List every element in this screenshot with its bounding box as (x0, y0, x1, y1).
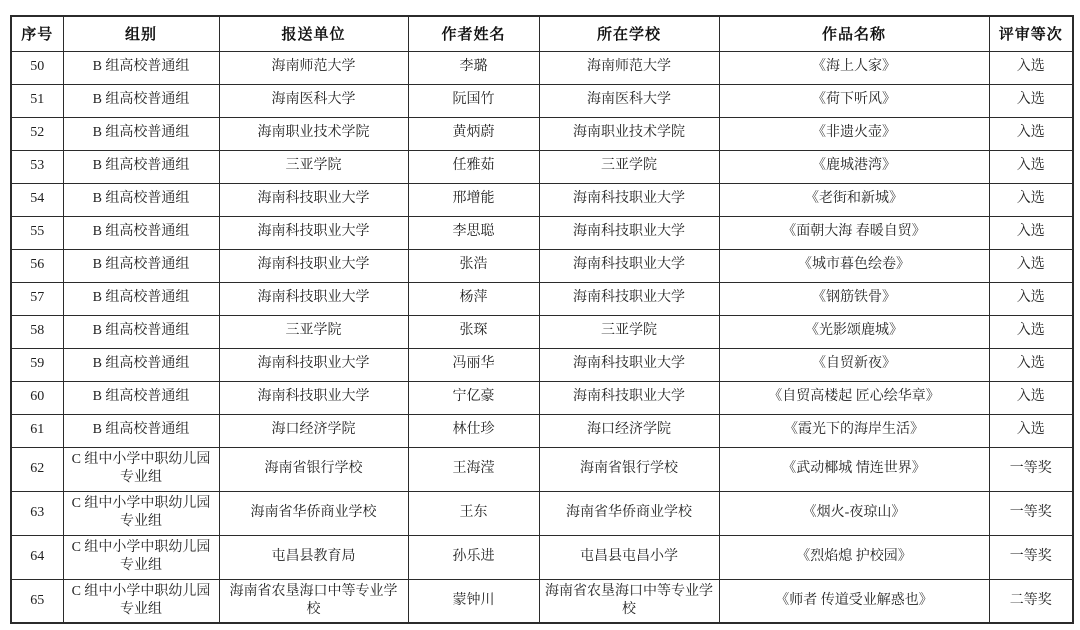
cell-school: 海南职业技术学院 (539, 117, 719, 150)
cell-grade: 一等奖 (989, 491, 1073, 535)
cell-serial: 64 (11, 535, 63, 579)
cell-unit: 海南科技职业大学 (219, 183, 408, 216)
cell-group: B 组高校普通组 (63, 150, 219, 183)
cell-school: 屯昌县屯昌小学 (539, 535, 719, 579)
cell-school: 海南科技职业大学 (539, 183, 719, 216)
cell-title: 《城市暮色绘卷》 (719, 249, 989, 282)
table-row: 64C 组中小学中职幼儿园专业组屯昌县教育局孙乐进屯昌县屯昌小学《烈焰熄 护校园… (11, 535, 1073, 579)
cell-serial: 51 (11, 84, 63, 117)
cell-author: 邢增能 (408, 183, 539, 216)
table-row: 65C 组中小学中职幼儿园专业组海南省农垦海口中等专业学校蒙钟川海南省农垦海口中… (11, 579, 1073, 623)
cell-title: 《武动椰城 情连世界》 (719, 447, 989, 491)
header-serial: 序号 (11, 16, 63, 51)
awards-results-table: 序号 组别 报送单位 作者姓名 所在学校 作品名称 评审等次 50B 组高校普通… (10, 15, 1074, 624)
table-row: 59B 组高校普通组海南科技职业大学冯丽华海南科技职业大学《自贸新夜》入选 (11, 348, 1073, 381)
cell-serial: 60 (11, 381, 63, 414)
cell-group: B 组高校普通组 (63, 51, 219, 84)
cell-group: B 组高校普通组 (63, 117, 219, 150)
cell-unit: 海南科技职业大学 (219, 282, 408, 315)
cell-title: 《霞光下的海岸生活》 (719, 414, 989, 447)
cell-group: C 组中小学中职幼儿园专业组 (63, 447, 219, 491)
cell-unit: 海南省银行学校 (219, 447, 408, 491)
cell-school: 海南师范大学 (539, 51, 719, 84)
header-row: 序号 组别 报送单位 作者姓名 所在学校 作品名称 评审等次 (11, 16, 1073, 51)
cell-group: B 组高校普通组 (63, 216, 219, 249)
cell-serial: 57 (11, 282, 63, 315)
table-row: 52B 组高校普通组海南职业技术学院黄炳蔚海南职业技术学院《非遗火壶》入选 (11, 117, 1073, 150)
cell-author: 蒙钟川 (408, 579, 539, 623)
cell-grade: 入选 (989, 84, 1073, 117)
cell-title: 《烈焰熄 护校园》 (719, 535, 989, 579)
cell-school: 海南省农垦海口中等专业学校 (539, 579, 719, 623)
cell-group: C 组中小学中职幼儿园专业组 (63, 491, 219, 535)
cell-author: 张琛 (408, 315, 539, 348)
cell-author: 孙乐进 (408, 535, 539, 579)
cell-grade: 入选 (989, 249, 1073, 282)
table-row: 58B 组高校普通组三亚学院张琛三亚学院《光影颂鹿城》入选 (11, 315, 1073, 348)
cell-title: 《荷下听风》 (719, 84, 989, 117)
table-row: 50B 组高校普通组海南师范大学李璐海南师范大学《海上人家》入选 (11, 51, 1073, 84)
cell-title: 《师者 传道受业解惑也》 (719, 579, 989, 623)
cell-title: 《海上人家》 (719, 51, 989, 84)
cell-title: 《烟火-夜琼山》 (719, 491, 989, 535)
cell-author: 王海滢 (408, 447, 539, 491)
cell-grade: 入选 (989, 282, 1073, 315)
cell-school: 海南医科大学 (539, 84, 719, 117)
cell-serial: 63 (11, 491, 63, 535)
cell-school: 海南科技职业大学 (539, 348, 719, 381)
cell-serial: 61 (11, 414, 63, 447)
cell-unit: 三亚学院 (219, 150, 408, 183)
table-row: 62C 组中小学中职幼儿园专业组海南省银行学校王海滢海南省银行学校《武动椰城 情… (11, 447, 1073, 491)
cell-title: 《自贸新夜》 (719, 348, 989, 381)
header-school: 所在学校 (539, 16, 719, 51)
header-author: 作者姓名 (408, 16, 539, 51)
cell-grade: 入选 (989, 414, 1073, 447)
cell-school: 海南省华侨商业学校 (539, 491, 719, 535)
cell-school: 海南省银行学校 (539, 447, 719, 491)
cell-author: 林仕珍 (408, 414, 539, 447)
cell-author: 宁亿豪 (408, 381, 539, 414)
cell-unit: 屯昌县教育局 (219, 535, 408, 579)
cell-unit: 海南科技职业大学 (219, 348, 408, 381)
cell-serial: 58 (11, 315, 63, 348)
cell-group: B 组高校普通组 (63, 315, 219, 348)
cell-author: 王东 (408, 491, 539, 535)
cell-serial: 53 (11, 150, 63, 183)
table-row: 63C 组中小学中职幼儿园专业组海南省华侨商业学校王东海南省华侨商业学校《烟火-… (11, 491, 1073, 535)
cell-school: 海口经济学院 (539, 414, 719, 447)
table-row: 54B 组高校普通组海南科技职业大学邢增能海南科技职业大学《老街和新城》入选 (11, 183, 1073, 216)
cell-serial: 55 (11, 216, 63, 249)
cell-unit: 三亚学院 (219, 315, 408, 348)
results-table-container: 序号 组别 报送单位 作者姓名 所在学校 作品名称 评审等次 50B 组高校普通… (10, 15, 1072, 624)
cell-author: 阮国竹 (408, 84, 539, 117)
cell-title: 《钢筋铁骨》 (719, 282, 989, 315)
cell-unit: 海南医科大学 (219, 84, 408, 117)
header-group: 组别 (63, 16, 219, 51)
cell-serial: 50 (11, 51, 63, 84)
cell-school: 三亚学院 (539, 315, 719, 348)
cell-unit: 海南科技职业大学 (219, 381, 408, 414)
table-row: 53B 组高校普通组三亚学院任雅茹三亚学院《鹿城港湾》入选 (11, 150, 1073, 183)
cell-unit: 海南科技职业大学 (219, 249, 408, 282)
cell-grade: 一等奖 (989, 535, 1073, 579)
cell-serial: 56 (11, 249, 63, 282)
cell-title: 《非遗火壶》 (719, 117, 989, 150)
table-row: 56B 组高校普通组海南科技职业大学张浩海南科技职业大学《城市暮色绘卷》入选 (11, 249, 1073, 282)
cell-group: C 组中小学中职幼儿园专业组 (63, 579, 219, 623)
cell-grade: 入选 (989, 51, 1073, 84)
cell-school: 三亚学院 (539, 150, 719, 183)
cell-group: B 组高校普通组 (63, 249, 219, 282)
cell-serial: 52 (11, 117, 63, 150)
cell-title: 《自贸高楼起 匠心绘华章》 (719, 381, 989, 414)
cell-title: 《面朝大海 春暖自贸》 (719, 216, 989, 249)
cell-author: 黄炳蔚 (408, 117, 539, 150)
cell-group: B 组高校普通组 (63, 183, 219, 216)
cell-grade: 入选 (989, 216, 1073, 249)
header-grade: 评审等次 (989, 16, 1073, 51)
cell-unit: 海南省农垦海口中等专业学校 (219, 579, 408, 623)
cell-school: 海南科技职业大学 (539, 282, 719, 315)
cell-author: 冯丽华 (408, 348, 539, 381)
cell-title: 《光影颂鹿城》 (719, 315, 989, 348)
cell-group: B 组高校普通组 (63, 381, 219, 414)
cell-group: B 组高校普通组 (63, 348, 219, 381)
table-body: 50B 组高校普通组海南师范大学李璐海南师范大学《海上人家》入选51B 组高校普… (11, 51, 1073, 623)
cell-grade: 一等奖 (989, 447, 1073, 491)
cell-unit: 海口经济学院 (219, 414, 408, 447)
cell-group: C 组中小学中职幼儿园专业组 (63, 535, 219, 579)
cell-unit: 海南科技职业大学 (219, 216, 408, 249)
cell-grade: 入选 (989, 150, 1073, 183)
cell-unit: 海南职业技术学院 (219, 117, 408, 150)
cell-unit: 海南师范大学 (219, 51, 408, 84)
cell-school: 海南科技职业大学 (539, 381, 719, 414)
cell-unit: 海南省华侨商业学校 (219, 491, 408, 535)
cell-group: B 组高校普通组 (63, 282, 219, 315)
header-unit: 报送单位 (219, 16, 408, 51)
cell-group: B 组高校普通组 (63, 414, 219, 447)
cell-school: 海南科技职业大学 (539, 249, 719, 282)
cell-grade: 入选 (989, 117, 1073, 150)
cell-grade: 入选 (989, 381, 1073, 414)
table-row: 51B 组高校普通组海南医科大学阮国竹海南医科大学《荷下听风》入选 (11, 84, 1073, 117)
cell-serial: 59 (11, 348, 63, 381)
cell-serial: 62 (11, 447, 63, 491)
cell-author: 李璐 (408, 51, 539, 84)
cell-grade: 二等奖 (989, 579, 1073, 623)
cell-serial: 65 (11, 579, 63, 623)
table-row: 60B 组高校普通组海南科技职业大学宁亿豪海南科技职业大学《自贸高楼起 匠心绘华… (11, 381, 1073, 414)
cell-grade: 入选 (989, 315, 1073, 348)
table-row: 61B 组高校普通组海口经济学院林仕珍海口经济学院《霞光下的海岸生活》入选 (11, 414, 1073, 447)
cell-author: 任雅茹 (408, 150, 539, 183)
cell-group: B 组高校普通组 (63, 84, 219, 117)
cell-title: 《老街和新城》 (719, 183, 989, 216)
table-header: 序号 组别 报送单位 作者姓名 所在学校 作品名称 评审等次 (11, 16, 1073, 51)
cell-author: 李思聪 (408, 216, 539, 249)
table-row: 57B 组高校普通组海南科技职业大学杨萍海南科技职业大学《钢筋铁骨》入选 (11, 282, 1073, 315)
cell-serial: 54 (11, 183, 63, 216)
cell-author: 张浩 (408, 249, 539, 282)
cell-school: 海南科技职业大学 (539, 216, 719, 249)
cell-title: 《鹿城港湾》 (719, 150, 989, 183)
cell-author: 杨萍 (408, 282, 539, 315)
cell-grade: 入选 (989, 348, 1073, 381)
table-row: 55B 组高校普通组海南科技职业大学李思聪海南科技职业大学《面朝大海 春暖自贸》… (11, 216, 1073, 249)
header-title: 作品名称 (719, 16, 989, 51)
cell-grade: 入选 (989, 183, 1073, 216)
